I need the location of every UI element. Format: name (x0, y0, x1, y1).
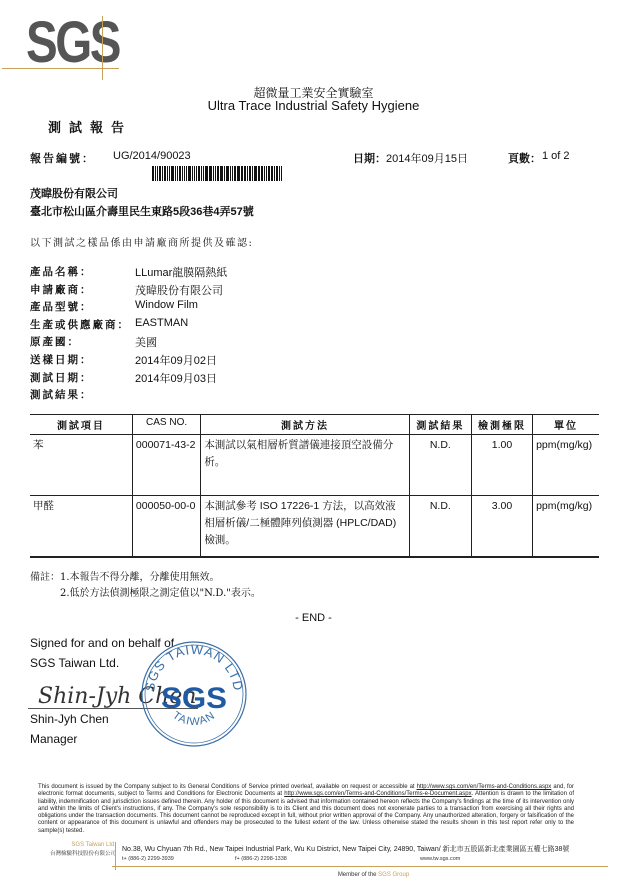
member-brand: SGS Group (378, 872, 409, 878)
page-label: 頁數： (508, 150, 541, 166)
sample-field-value: 美國 (135, 334, 157, 350)
sample-field-label: 產品名稱： (30, 264, 93, 279)
sample-field-label: 原產國： (30, 334, 80, 349)
cell-cas-no: 000071-43-2 (132, 435, 200, 496)
table-row: 甲醛 000050-00-0 本測試參考 ISO 17226-1 方法，以高效液… (30, 496, 599, 558)
header-unit: 單位 (533, 415, 599, 435)
sample-field-label: 申請廠商： (30, 282, 93, 297)
footer-website[interactable]: www.tw.sgs.com (420, 856, 460, 862)
signed-company: SGS Taiwan Ltd. (30, 656, 119, 670)
cell-test-method: 本測試以氣相層析質譜儀連接頂空設備分析。 (201, 435, 409, 496)
e-document-terms-link[interactable]: http://www.sgs.com/en/Terms-and-Conditio… (284, 791, 471, 797)
sample-field-value: 2014年09月03日 (135, 370, 217, 386)
signer-title: Manager (30, 732, 77, 746)
end-marker: - END - (0, 612, 627, 624)
sample-field-value: 2014年09月02日 (135, 352, 217, 368)
table-header-row: 測試項目 CAS NO. 測試方法 測試結果 檢測極限 單位 (30, 415, 599, 435)
sample-field-label: 測試結果： (30, 387, 93, 402)
footer-address: No.38, Wu Chyuan 7th Rd., New Taipei Ind… (122, 844, 569, 854)
footer-member: Member of the SGS Group (0, 872, 627, 878)
report-number: UG/2014/90023 (113, 150, 191, 162)
report-number-label: 報告編號： (30, 150, 95, 166)
disclaimer-text-3: . Attention is drawn to the limitation o… (38, 791, 574, 833)
footer-divider-horizontal (112, 866, 608, 867)
disclaimer-text-1: This document is issued by the Company s… (38, 784, 417, 790)
lab-name-en: Ultra Trace Industrial Safety Hygiene (0, 98, 627, 113)
sample-field-label: 送樣日期： (30, 352, 93, 367)
footer-brand: SGS Taiwan Ltd. (36, 842, 116, 848)
remark-2: 2.低於方法偵測極限之測定值以"N.D."表示。 (30, 586, 261, 602)
signer-name: Shin-Jyh Chen (30, 712, 109, 726)
report-date: 2014年09月15日 (386, 150, 468, 166)
footer-company-zh: 台灣檢驗科技股份有限公司 (36, 849, 116, 857)
cell-test-item: 甲醛 (30, 496, 132, 558)
cell-result: N.D. (409, 496, 471, 558)
cell-cas-no: 000050-00-0 (132, 496, 200, 558)
header-cas-no: CAS NO. (132, 415, 200, 435)
cell-detection-limit: 3.00 (471, 496, 532, 558)
cell-unit: ppm(mg/kg) (533, 496, 599, 558)
sample-field-value: LLumar龍膜隔熱紙 (135, 264, 227, 280)
sample-field-value: Window Film (135, 299, 198, 311)
header-test-method: 測試方法 (201, 415, 409, 435)
table-row: 苯 000071-43-2 本測試以氣相層析質譜儀連接頂空設備分析。 N.D. … (30, 435, 599, 496)
barcode (152, 166, 282, 181)
intro-statement: 以下測試之樣品係由申請廠商所提供及確認: (30, 234, 253, 249)
sample-field-label: 測試日期： (30, 370, 93, 385)
report-title: 測試報告 (48, 117, 132, 136)
cell-test-item: 苯 (30, 435, 132, 496)
page-number: 1 of 2 (542, 150, 570, 162)
cell-test-method: 本測試參考 ISO 17226-1 方法，以高效液相層析儀/二極體陣列偵測器 (… (201, 496, 409, 558)
logo-divider-vertical (102, 16, 103, 80)
client-address: 臺北市松山區介壽里民生東路5段36巷4弄57號 (30, 203, 254, 219)
sample-field-label: 產品型號： (30, 299, 93, 314)
footer-fax: f+ (886-2) 2298-1338 (235, 856, 287, 862)
cell-result: N.D. (409, 435, 471, 496)
header-test-item: 測試項目 (30, 415, 132, 435)
stamp-center-text: SGS (161, 682, 227, 715)
sample-field-label: 生產或供應廠商： (30, 317, 130, 332)
cell-unit: ppm(mg/kg) (533, 435, 599, 496)
sgs-logo: SGS (26, 14, 119, 72)
client-name: 茂暐股份有限公司 (30, 185, 118, 201)
results-table: 測試項目 CAS NO. 測試方法 測試結果 檢測極限 單位 苯 000071-… (30, 414, 599, 558)
header-detection-limit: 檢測極限 (471, 415, 532, 435)
legal-disclaimer: This document is issued by the Company s… (38, 784, 574, 835)
member-prefix: Member of the (338, 872, 378, 878)
sample-field-value: 茂暐股份有限公司 (135, 282, 223, 298)
remarks: 備註：1.本報告不得分離，分離使用無效。 2.低於方法偵測極限之測定值以"N.D… (30, 570, 261, 602)
company-seal-stamp: SGS TAIWAN LTD TAIWAN SGS (140, 640, 248, 748)
sample-field-value: EASTMAN (135, 317, 188, 329)
date-label: 日期： (353, 150, 386, 166)
cell-detection-limit: 1.00 (471, 435, 532, 496)
remark-1: 備註：1.本報告不得分離，分離使用無效。 (30, 570, 261, 586)
terms-link[interactable]: http://www.sgs.com/en/Terms-and-Conditio… (417, 784, 552, 790)
header-result: 測試結果 (409, 415, 471, 435)
footer-telephone: t+ (886-2) 2299-3939 (122, 856, 174, 862)
